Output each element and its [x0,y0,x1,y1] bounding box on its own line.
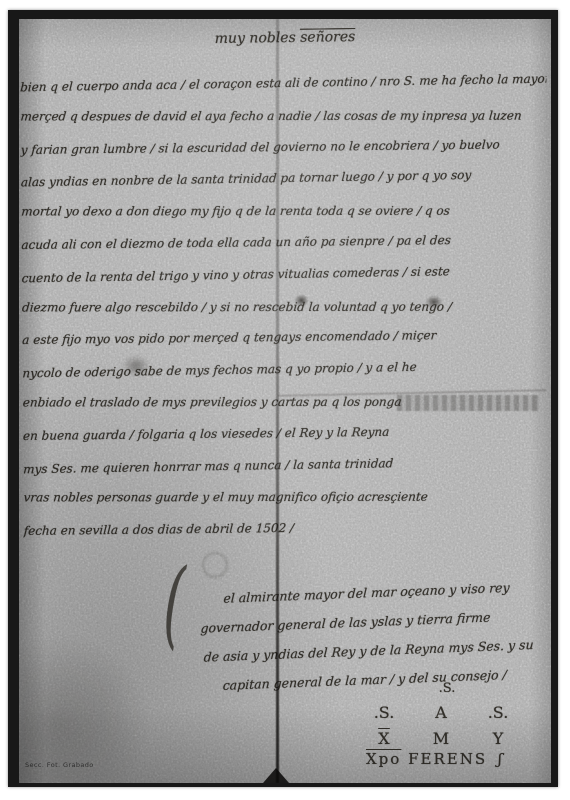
letter-line: merçed q despues de david el aya fecho a… [19,100,547,133]
letter-date-line: fecha en sevilla a dos dias de abril de … [23,510,551,548]
signature-letter-m: M [424,729,458,748]
admiral-title-block: el almirante mayor del mar oçeano y viso… [199,571,551,700]
signature-letter-s-right: .S. [481,703,515,722]
signature-name-xpo: Xpo [366,750,401,768]
signature-letter-a: A [424,703,458,722]
letter-line: bien q el cuerpo anda aca / el coraçon e… [19,64,547,105]
letter-line: enbiado el traslado de mys previlegios y… [21,386,549,419]
signature-paraph-flourish: ʃ [498,750,502,768]
signature-letter-x: X [367,729,401,748]
signature-pyramid-top: .S. [417,681,477,696]
letter-page: muy nobles señores bien q el cuerpo anda… [19,19,551,783]
signature-pyramid-middle-row: .S. A .S. [367,703,515,722]
signature-letter-s-left: .S. [367,703,401,722]
flourish-bracket: ( [162,552,187,654]
signature-name-ferens: FERENS [408,750,487,768]
letter-line: alas yndias en nonbre de la santa trinid… [20,159,548,200]
salutation-text: muy nobles [215,30,296,47]
letter-body: bien q el cuerpo anda aca / el coraçon e… [20,66,550,547]
fold-shadow-triangle [263,768,289,783]
letter-line: vras nobles personas guarde y el muy mag… [22,482,550,515]
engraver-credit: Secc. Fot. Grabado [25,761,94,769]
signature-letter-y: Y [481,729,515,748]
signature-pyramid-bottom-row: X M Y [367,729,515,748]
salutation-text-overlined: señores [300,29,355,46]
letter-line: mortal yo dexo a don diego my fijo q de … [20,196,548,229]
letter-salutation: muy nobles señores [19,26,551,49]
ring-mark [202,552,228,578]
signature-name: Xpo FERENS ʃ [366,750,502,768]
manuscript-photo: muy nobles señores bien q el cuerpo anda… [8,10,558,787]
